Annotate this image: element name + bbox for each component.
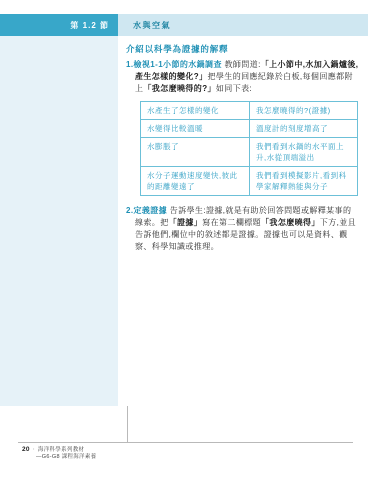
content-area: 介紹以科學為證據的解釋 1.檢視1-1小節的水鍋調查 教師問道:「上小節中,水加… [126,43,359,257]
table-row: 水膨脹了 我們看到水鍋的水平面上升,水從頂端溢出 [141,138,358,167]
textbook-page: 第 1.2 節 水與空氣 介紹以科學為證據的解釋 1.檢視1-1小節的水鍋調查 … [0,0,371,480]
table-row: 水分子運動速度變快,彼此的距離變遠了 我們看到模擬影片,看到科學家解釋熱能與分子 [141,167,358,196]
step-1-text-1: 教師問道: [222,60,261,69]
unit-title-label: 水與空氣 [118,14,368,36]
table-cell-evidence: 我怎麼曉得的?(證據) [250,102,358,120]
page-footer: 20‧海洋科學系列教材 —G6-G8 課程海洋素養 [22,446,96,461]
footer-separator: ‧ [33,447,35,453]
footer-series-title: 海洋科學系列教材 [38,447,84,453]
table-cell-change: 水產生了怎樣的變化 [141,102,250,120]
table-cell-evidence: 我們看到模擬影片,看到科學家解釋熱能與分子 [250,167,358,196]
footer-subtitle: —G6-G8 課程海洋素養 [36,454,96,460]
table-row: 水產生了怎樣的變化 我怎麼曉得的?(證據) [141,102,358,120]
table-cell-change: 水分子運動速度變快,彼此的距離變遠了 [141,167,250,196]
step-2-text-2: 寫在第二欄標題 [202,218,261,227]
table-cell-change: 水膨脹了 [141,138,250,167]
table-cell-evidence: 溫度計的刻度增高了 [250,120,358,138]
section-band: 第 1.2 節 水與空氣 [0,14,368,36]
page-heading: 介紹以科學為證據的解釋 [126,43,359,55]
table-cell-change: 水變得比較溫暖 [141,120,250,138]
step-1-lead: 檢視1-1小節的水鍋調查 [133,60,221,69]
step-2-quote-2: 「我怎麼曉得」 [261,218,320,227]
section-number-label: 第 1.2 節 [0,14,118,36]
evidence-table: 水產生了怎樣的變化 我怎麼曉得的?(證據) 水變得比較溫暖 溫度計的刻度增高了 … [140,101,358,196]
footer-vertical-rule [127,406,128,442]
step-1-paragraph: 1.檢視1-1小節的水鍋調查 教師問道:「上小節中,水加入鍋爐後,產生怎樣的變化… [126,59,359,95]
page-number: 20 [22,446,30,453]
left-margin-panel [0,36,118,406]
table-row: 水變得比較溫暖 溫度計的刻度增高了 [141,120,358,138]
step-2-quote-1: 「證據」 [169,218,203,227]
step-1-quote-2: 「我怎麼曉得的?」 [143,84,216,93]
footer-line-2: —G6-G8 課程海洋素養 [36,454,96,461]
footer-horizontal-rule [18,442,353,443]
table-cell-evidence: 我們看到水鍋的水平面上升,水從頂端溢出 [250,138,358,167]
step-1-text-3: 如同下表: [216,84,252,93]
step-2-paragraph: 2.定義證據 告訴學生:證據,就是有助於回答問題或解釋某事的線索。把「證據」寫在… [126,205,359,253]
step-2-lead: 定義證據 [133,206,167,215]
footer-line-1: 20‧海洋科學系列教材 [22,446,96,454]
